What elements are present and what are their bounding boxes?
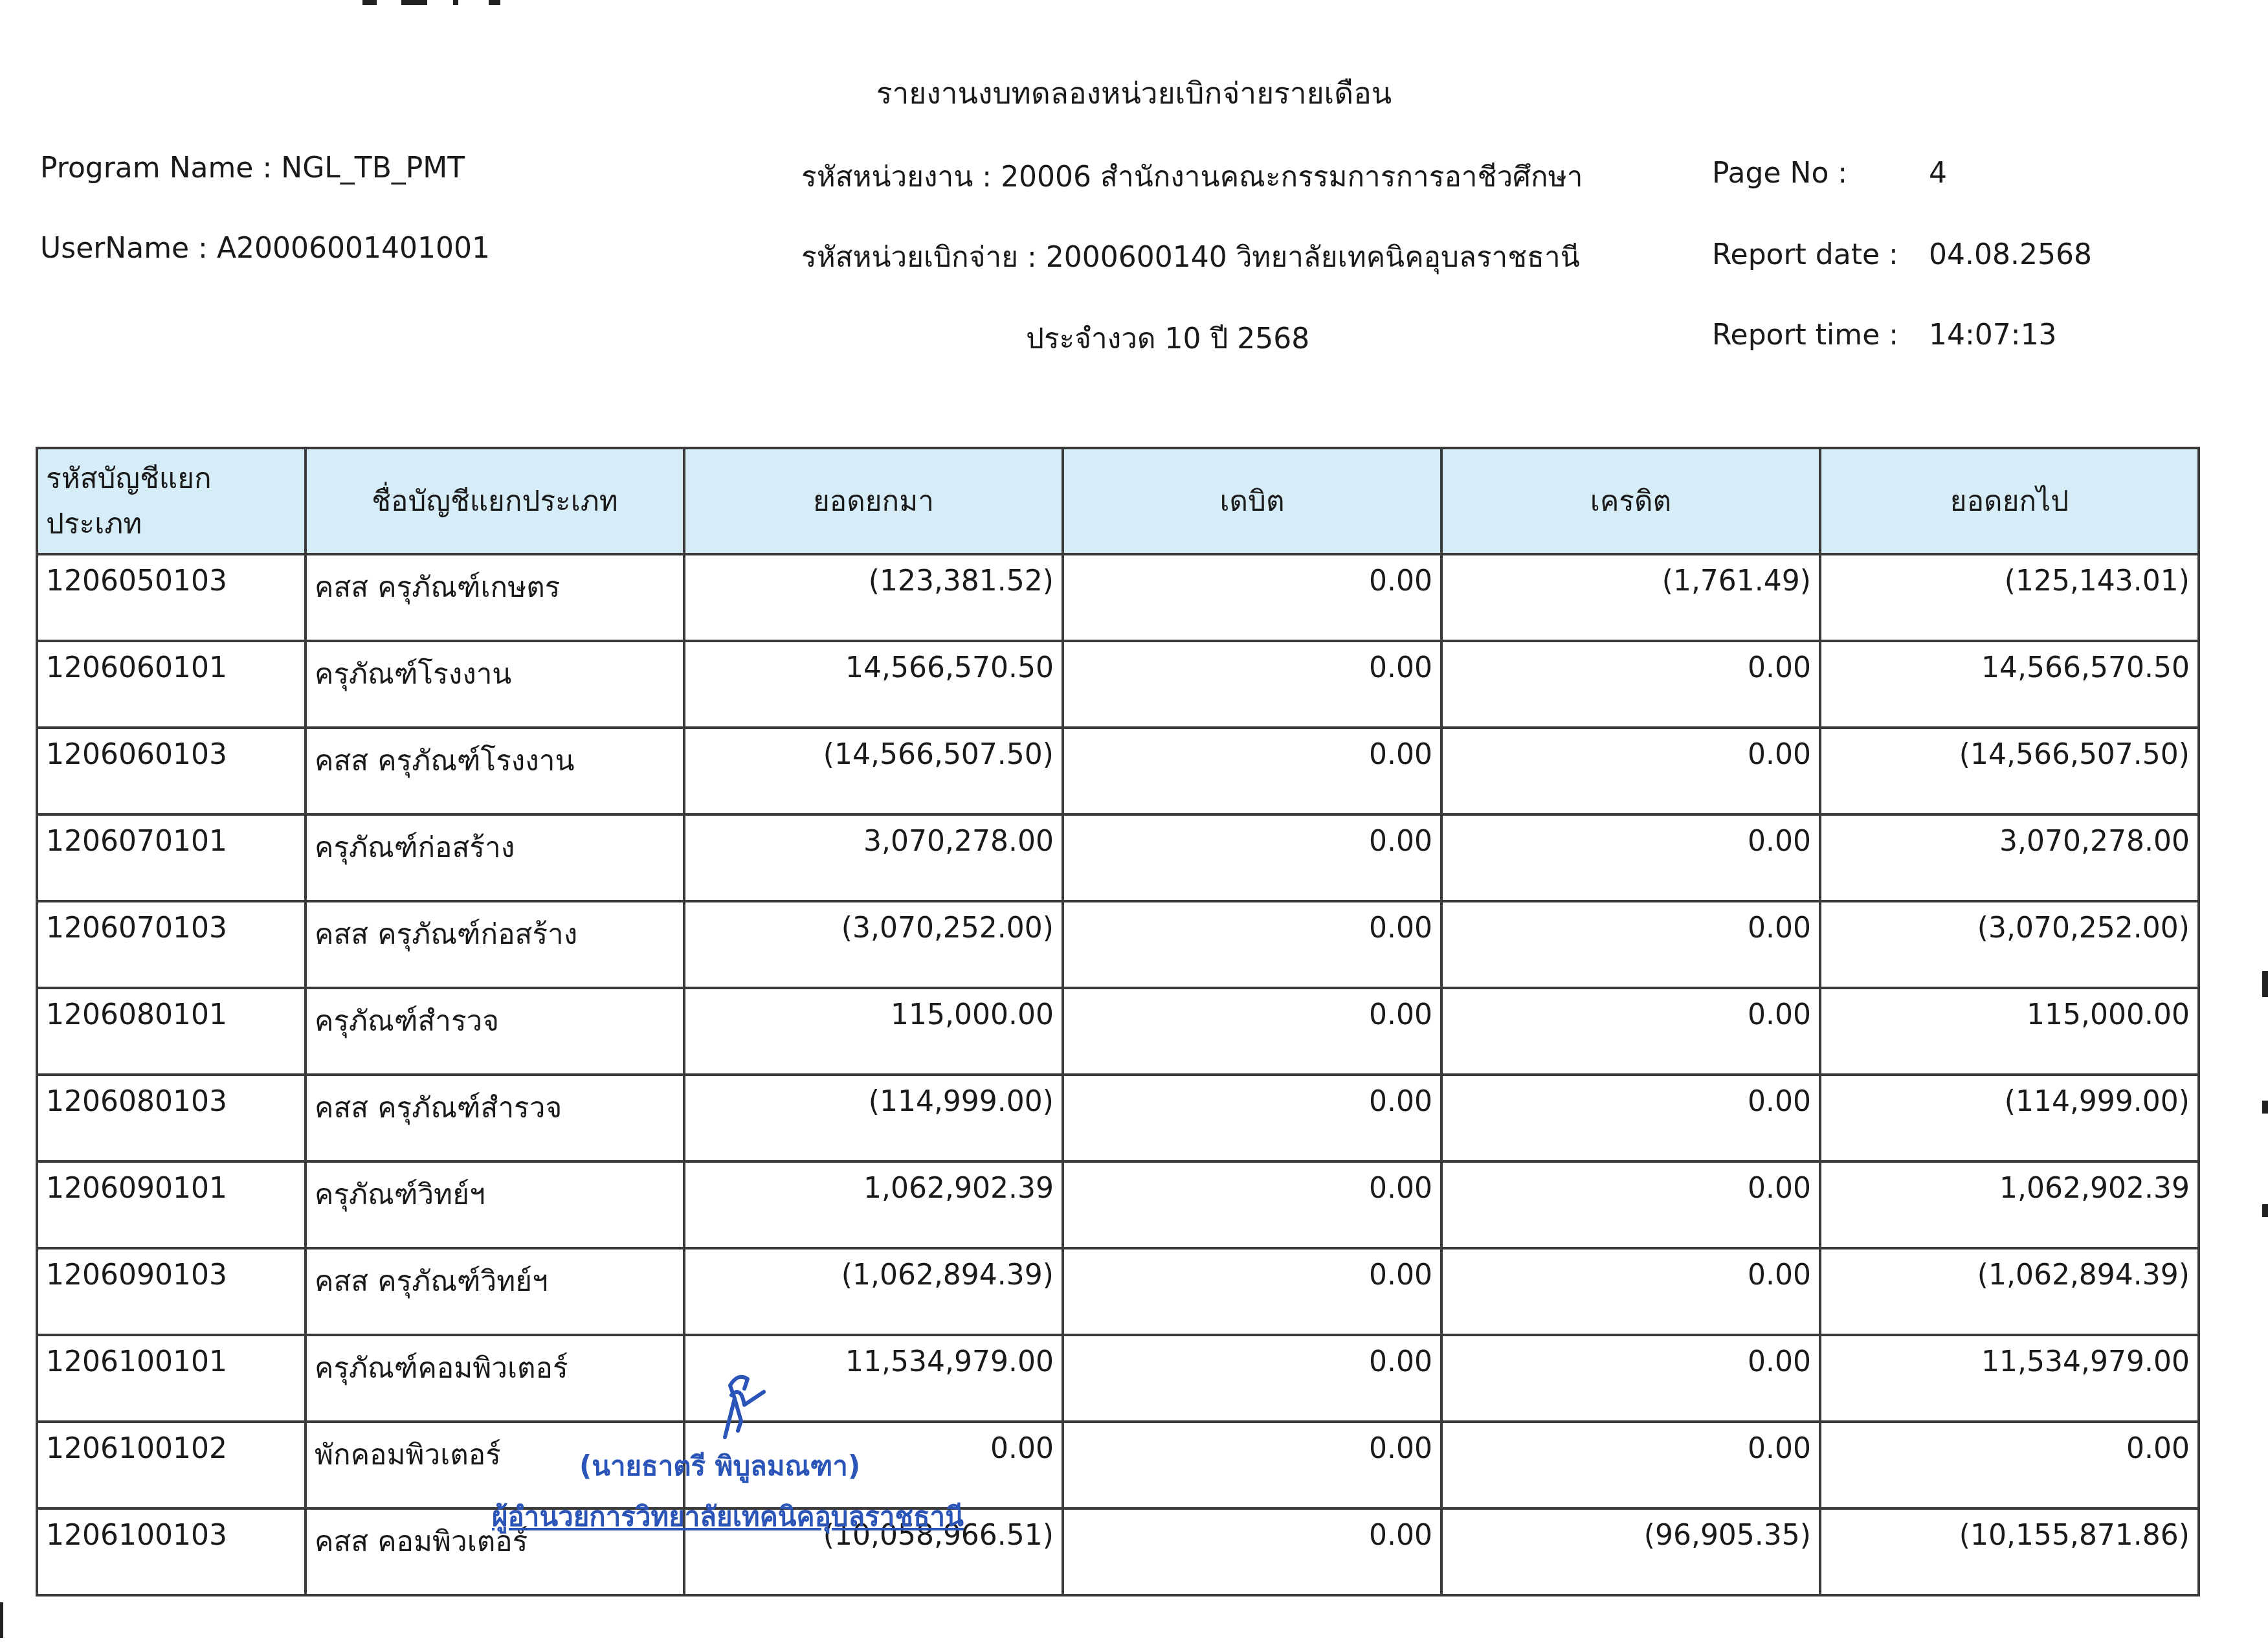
cell-credit: 0.00 bbox=[1441, 1335, 1820, 1422]
cell-account-name: คสส ครุภัณฑ์สำรวจ bbox=[306, 1075, 684, 1161]
cell-credit: 0.00 bbox=[1441, 814, 1820, 901]
trial-balance-table: รหัสบัญชีแยกประเภท ชื่อบัญชีแยกประเภท ยอ… bbox=[36, 447, 2200, 1597]
cell-credit: 0.00 bbox=[1441, 1248, 1820, 1335]
cell-credit: 0.00 bbox=[1441, 641, 1820, 728]
col-header-account-name: ชื่อบัญชีแยกประเภท bbox=[306, 448, 684, 554]
cell-account-code: 1206100102 bbox=[37, 1422, 306, 1508]
cell-credit: 0.00 bbox=[1441, 988, 1820, 1075]
username: UserName : A20006001401001 bbox=[40, 232, 490, 265]
cell-brought-forward: (1,062,894.39) bbox=[684, 1248, 1063, 1335]
cell-brought-forward: 115,000.00 bbox=[684, 988, 1063, 1075]
cell-account-code: 1206090103 bbox=[37, 1248, 306, 1335]
cell-account-name: คสส ครุภัณฑ์วิทย์ฯ bbox=[306, 1248, 684, 1335]
scan-mark-top bbox=[489, 0, 500, 5]
scan-mark-left bbox=[0, 1602, 3, 1638]
scan-mark-top bbox=[362, 0, 377, 5]
cell-carried-forward: 3,070,278.00 bbox=[1820, 814, 2199, 901]
cell-credit: (96,905.35) bbox=[1441, 1508, 1820, 1595]
report-time-label: Report time : bbox=[1712, 319, 1898, 352]
cell-carried-forward: (125,143.01) bbox=[1820, 554, 2199, 641]
cell-carried-forward: (114,999.00) bbox=[1820, 1075, 2199, 1161]
page-no-label: Page No : bbox=[1712, 157, 1847, 190]
scan-mark-right bbox=[2262, 1204, 2268, 1217]
cell-account-name: ครุภัณฑ์ก่อสร้าง bbox=[306, 814, 684, 901]
table-row: 1206080103คสส ครุภัณฑ์สำรวจ(114,999.00)0… bbox=[37, 1075, 2199, 1161]
table-row: 1206070103คสส ครุภัณฑ์ก่อสร้าง(3,070,252… bbox=[37, 901, 2199, 988]
cell-debit: 0.00 bbox=[1063, 641, 1441, 728]
cell-debit: 0.00 bbox=[1063, 554, 1441, 641]
cell-account-code: 1206050103 bbox=[37, 554, 306, 641]
table-row: 1206080101ครุภัณฑ์สำรวจ115,000.000.000.0… bbox=[37, 988, 2199, 1075]
table-row: 1206090101ครุภัณฑ์วิทย์ฯ1,062,902.390.00… bbox=[37, 1161, 2199, 1248]
report-date-label: Report date : bbox=[1712, 238, 1898, 271]
cell-debit: 0.00 bbox=[1063, 1075, 1441, 1161]
col-header-account-code: รหัสบัญชีแยกประเภท bbox=[37, 448, 306, 554]
table-row: 1206070101ครุภัณฑ์ก่อสร้าง3,070,278.000.… bbox=[37, 814, 2199, 901]
cell-carried-forward: 11,534,979.00 bbox=[1820, 1335, 2199, 1422]
cell-debit: 0.00 bbox=[1063, 1335, 1441, 1422]
page-no: 4 bbox=[1929, 157, 1947, 190]
cell-credit: 0.00 bbox=[1441, 1422, 1820, 1508]
cell-brought-forward: 1,062,902.39 bbox=[684, 1161, 1063, 1248]
col-header-carried-forward: ยอดยกไป bbox=[1820, 448, 2199, 554]
cell-credit: 0.00 bbox=[1441, 901, 1820, 988]
cell-carried-forward: (3,070,252.00) bbox=[1820, 901, 2199, 988]
cell-carried-forward: 0.00 bbox=[1820, 1422, 2199, 1508]
cell-carried-forward: (10,155,871.86) bbox=[1820, 1508, 2199, 1595]
cell-carried-forward: 1,062,902.39 bbox=[1820, 1161, 2199, 1248]
cell-debit: 0.00 bbox=[1063, 1422, 1441, 1508]
table-row: 1206060103คสส ครุภัณฑ์โรงงาน(14,566,507.… bbox=[37, 728, 2199, 814]
cell-account-code: 1206070103 bbox=[37, 901, 306, 988]
cell-debit: 0.00 bbox=[1063, 1161, 1441, 1248]
cell-account-name: ครุภัณฑ์สำรวจ bbox=[306, 988, 684, 1075]
cell-brought-forward: 14,566,570.50 bbox=[684, 641, 1063, 728]
report-period: ประจำงวด 10 ปี 2568 bbox=[1026, 316, 1309, 361]
cell-credit: (1,761.49) bbox=[1441, 554, 1820, 641]
program-name: Program Name : NGL_TB_PMT bbox=[40, 151, 465, 185]
cell-account-name: คสส ครุภัณฑ์เกษตร bbox=[306, 554, 684, 641]
scan-mark-top bbox=[453, 0, 458, 5]
scan-mark-right bbox=[2262, 971, 2268, 997]
signatory-name-stamp: (นายธาตรี พิบูลมณฑา) bbox=[579, 1445, 860, 1488]
cell-debit: 0.00 bbox=[1063, 901, 1441, 988]
cell-brought-forward: (14,566,507.50) bbox=[684, 728, 1063, 814]
agency-code: รหัสหน่วยงาน : 20006 สำนักงานคณะกรรมการก… bbox=[801, 154, 1583, 199]
scan-mark-right bbox=[2262, 1101, 2268, 1114]
cell-account-code: 1206060103 bbox=[37, 728, 306, 814]
table-header-row: รหัสบัญชีแยกประเภท ชื่อบัญชีแยกประเภท ยอ… bbox=[37, 448, 2199, 554]
cell-account-name: ครุภัณฑ์คอมพิวเตอร์ bbox=[306, 1335, 684, 1422]
cell-account-code: 1206100101 bbox=[37, 1335, 306, 1422]
cell-brought-forward: (123,381.52) bbox=[684, 554, 1063, 641]
cell-debit: 0.00 bbox=[1063, 988, 1441, 1075]
table-row: 1206100102พักคอมพิวเตอร์0.000.000.000.00 bbox=[37, 1422, 2199, 1508]
report-time: 14:07:13 bbox=[1929, 319, 2057, 352]
cell-brought-forward: (114,999.00) bbox=[684, 1075, 1063, 1161]
cell-account-name: คสส ครุภัณฑ์โรงงาน bbox=[306, 728, 684, 814]
cell-credit: 0.00 bbox=[1441, 1161, 1820, 1248]
table-row: 1206050103คสส ครุภัณฑ์เกษตร(123,381.52)0… bbox=[37, 554, 2199, 641]
scan-mark-top bbox=[401, 0, 427, 5]
cell-brought-forward: (3,070,252.00) bbox=[684, 901, 1063, 988]
report-title: รายงานงบทดลองหน่วยเบิกจ่ายรายเดือน bbox=[0, 70, 2268, 117]
cell-account-code: 1206060101 bbox=[37, 641, 306, 728]
cell-debit: 0.00 bbox=[1063, 814, 1441, 901]
cell-carried-forward: (14,566,507.50) bbox=[1820, 728, 2199, 814]
cell-debit: 0.00 bbox=[1063, 728, 1441, 814]
cell-account-name: ครุภัณฑ์วิทย์ฯ bbox=[306, 1161, 684, 1248]
cell-account-code: 1206090101 bbox=[37, 1161, 306, 1248]
cell-credit: 0.00 bbox=[1441, 728, 1820, 814]
cell-debit: 0.00 bbox=[1063, 1248, 1441, 1335]
cell-credit: 0.00 bbox=[1441, 1075, 1820, 1161]
table-row: 1206100101ครุภัณฑ์คอมพิวเตอร์11,534,979.… bbox=[37, 1335, 2199, 1422]
table-row: 1206090103คสส ครุภัณฑ์วิทย์ฯ(1,062,894.3… bbox=[37, 1248, 2199, 1335]
cell-account-code: 1206100103 bbox=[37, 1508, 306, 1595]
disbursing-unit-code: รหัสหน่วยเบิกจ่าย : 2000600140 วิทยาลัยเ… bbox=[801, 234, 1580, 280]
cell-account-code: 1206070101 bbox=[37, 814, 306, 901]
table-row: 1206100103คสส คอมพิวเตอร์(10,058,966.51)… bbox=[37, 1508, 2199, 1595]
col-header-brought-forward: ยอดยกมา bbox=[684, 448, 1063, 554]
signatory-position-stamp: ผู้อำนวยการวิทยาลัยเทคนิคอุบลราชธานี bbox=[492, 1496, 964, 1538]
cell-carried-forward: 115,000.00 bbox=[1820, 988, 2199, 1075]
cell-carried-forward: (1,062,894.39) bbox=[1820, 1248, 2199, 1335]
col-header-credit: เครดิต bbox=[1441, 448, 1820, 554]
cell-account-name: คสส ครุภัณฑ์ก่อสร้าง bbox=[306, 901, 684, 988]
handwritten-signature bbox=[712, 1360, 783, 1444]
cell-brought-forward: 3,070,278.00 bbox=[684, 814, 1063, 901]
cell-account-code: 1206080101 bbox=[37, 988, 306, 1075]
cell-carried-forward: 14,566,570.50 bbox=[1820, 641, 2199, 728]
cell-debit: 0.00 bbox=[1063, 1508, 1441, 1595]
cell-account-code: 1206080103 bbox=[37, 1075, 306, 1161]
cell-account-name: ครุภัณฑ์โรงงาน bbox=[306, 641, 684, 728]
col-header-debit: เดบิต bbox=[1063, 448, 1441, 554]
table-row: 1206060101ครุภัณฑ์โรงงาน14,566,570.500.0… bbox=[37, 641, 2199, 728]
report-date: 04.08.2568 bbox=[1929, 238, 2092, 271]
